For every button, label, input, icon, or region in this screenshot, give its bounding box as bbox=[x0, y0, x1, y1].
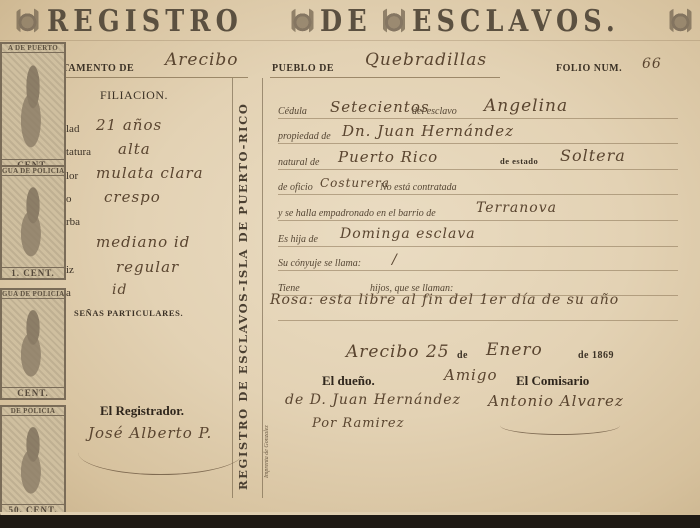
date-de-label: de bbox=[457, 350, 468, 361]
departamento-value: Arecibo bbox=[165, 50, 239, 70]
conyuge-label: Su cónyuje se llama: bbox=[278, 258, 361, 269]
folio-value: 66 bbox=[642, 56, 662, 72]
comisario-prefix: Amigo bbox=[444, 366, 498, 384]
folio-label: FOLIO NUM. bbox=[556, 63, 622, 74]
vertical-rule-right bbox=[262, 78, 263, 498]
date-year: de 1869 bbox=[578, 350, 614, 361]
filiacion-value-pelo: crespo bbox=[104, 188, 161, 206]
contratado-text: No está contratada bbox=[380, 182, 457, 193]
vertical-register-text: REGISTRO DE ESCLAVOS-ISLA DE PUERTO-RICO bbox=[236, 103, 250, 490]
hija-label: Es hija de bbox=[278, 234, 318, 245]
oficio-label: de oficio bbox=[278, 182, 313, 193]
conyuge-value: / bbox=[392, 252, 398, 268]
filiacion-label-nariz: iz bbox=[66, 264, 74, 276]
departamento-label: TAMENTO DE bbox=[62, 63, 134, 74]
revenue-stamp: GUA DE POLICIA 1. CENT. bbox=[0, 165, 66, 280]
barrio-value: Terranova bbox=[476, 200, 557, 216]
registrador-label: El Registrador. bbox=[100, 403, 184, 419]
slave-register-document: REGISTRO DE ESCLAVOS. TAMENTO DE Arecibo… bbox=[0, 0, 700, 520]
stamp-crest-icon bbox=[12, 304, 54, 382]
revenue-stamp: GUA DE POLICIA CENT. bbox=[0, 288, 66, 400]
header-rule-left bbox=[62, 77, 248, 78]
esclavo-value: Angelina bbox=[484, 96, 568, 116]
dueno-label: El dueño. bbox=[322, 373, 375, 389]
filiacion-value-boca: mediano id bbox=[96, 233, 190, 251]
natural-label: natural de bbox=[278, 157, 319, 168]
body-rule bbox=[278, 143, 678, 144]
title-rule bbox=[0, 40, 700, 41]
document-title: REGISTRO DE ESCLAVOS. bbox=[14, 4, 694, 38]
title-esclavos: ESCLAVOS. bbox=[412, 4, 629, 39]
filiacion-label-color: lor bbox=[66, 170, 78, 182]
vertical-rule-left bbox=[232, 78, 233, 498]
filiacion-label-ojos: a bbox=[66, 287, 71, 299]
body-rule bbox=[278, 169, 678, 170]
revenue-stamp: A DE PUERTO CENT. bbox=[0, 42, 66, 172]
comisario-label: El Comisario bbox=[516, 373, 589, 389]
barrio-label: y se halla empadronado en el barrio de bbox=[278, 208, 436, 219]
esclavo-label: del esclavo bbox=[412, 106, 457, 117]
filiacion-label-barba: rba bbox=[66, 216, 80, 228]
coat-of-arms-icon bbox=[380, 8, 407, 34]
stamp-crest-icon bbox=[12, 421, 54, 499]
body-rule bbox=[278, 270, 678, 271]
natural-value: Puerto Rico bbox=[338, 148, 438, 166]
comisario-signature: Antonio Alvarez bbox=[488, 392, 624, 410]
body-rule bbox=[278, 220, 678, 221]
propiedad-label: propiedad de bbox=[278, 131, 331, 142]
date-month: Enero bbox=[486, 340, 543, 360]
body-rule bbox=[278, 194, 678, 195]
cedula-label: Cédula bbox=[278, 106, 307, 117]
title-registro: REGISTRO bbox=[47, 4, 247, 39]
vertical-imprint-text: Imprenta de Gonzalez bbox=[264, 425, 270, 478]
header-rule-mid bbox=[270, 77, 500, 78]
estado-label: de estado bbox=[500, 156, 538, 166]
dueno-signature-2: Por Ramirez bbox=[312, 416, 404, 431]
filiacion-value-color: mulata clara bbox=[96, 164, 204, 182]
propiedad-value: Dn. Juan Hernández bbox=[342, 122, 514, 140]
coat-of-arms-icon bbox=[289, 8, 316, 34]
body-rule bbox=[278, 118, 678, 119]
coat-of-arms-icon bbox=[667, 8, 694, 34]
pueblo-value: Quebradillas bbox=[365, 50, 487, 70]
title-de: DE bbox=[320, 4, 371, 39]
hijos-value: Rosa: esta libre al fin del 1er día de s… bbox=[270, 292, 619, 308]
body-rule bbox=[278, 320, 678, 321]
filiacion-label-estatura: tatura bbox=[66, 146, 91, 158]
stamp-crest-icon bbox=[12, 58, 54, 154]
filiacion-value-ojos: id bbox=[112, 282, 127, 298]
filiacion-value-estatura: alta bbox=[118, 140, 151, 158]
signature-flourish bbox=[78, 430, 243, 475]
date-place: Arecibo 25 bbox=[346, 342, 450, 362]
filiacion-label-pelo: o bbox=[66, 193, 72, 205]
filiacion-heading: FILIACION. bbox=[100, 88, 168, 103]
body-rule bbox=[278, 246, 678, 247]
senas-particulares-label: SEÑAS PARTICULARES. bbox=[74, 308, 183, 318]
filiacion-value-nariz: regular bbox=[116, 258, 179, 276]
comisario-flourish bbox=[500, 416, 620, 435]
estado-value: Soltera bbox=[560, 146, 626, 165]
dueno-signature: de D. Juan Hernández bbox=[285, 392, 461, 408]
torn-bottom-edge bbox=[0, 515, 700, 528]
coat-of-arms-icon bbox=[14, 8, 41, 34]
filiacion-value-edad: 21 años bbox=[96, 116, 162, 134]
hija-value: Dominga esclava bbox=[340, 226, 476, 242]
filiacion-label-edad: lad bbox=[66, 123, 79, 135]
stamp-crest-icon bbox=[12, 181, 54, 262]
revenue-stamp: DE POLICIA 50. CENT. bbox=[0, 405, 66, 517]
pueblo-label: PUEBLO DE bbox=[272, 63, 334, 74]
